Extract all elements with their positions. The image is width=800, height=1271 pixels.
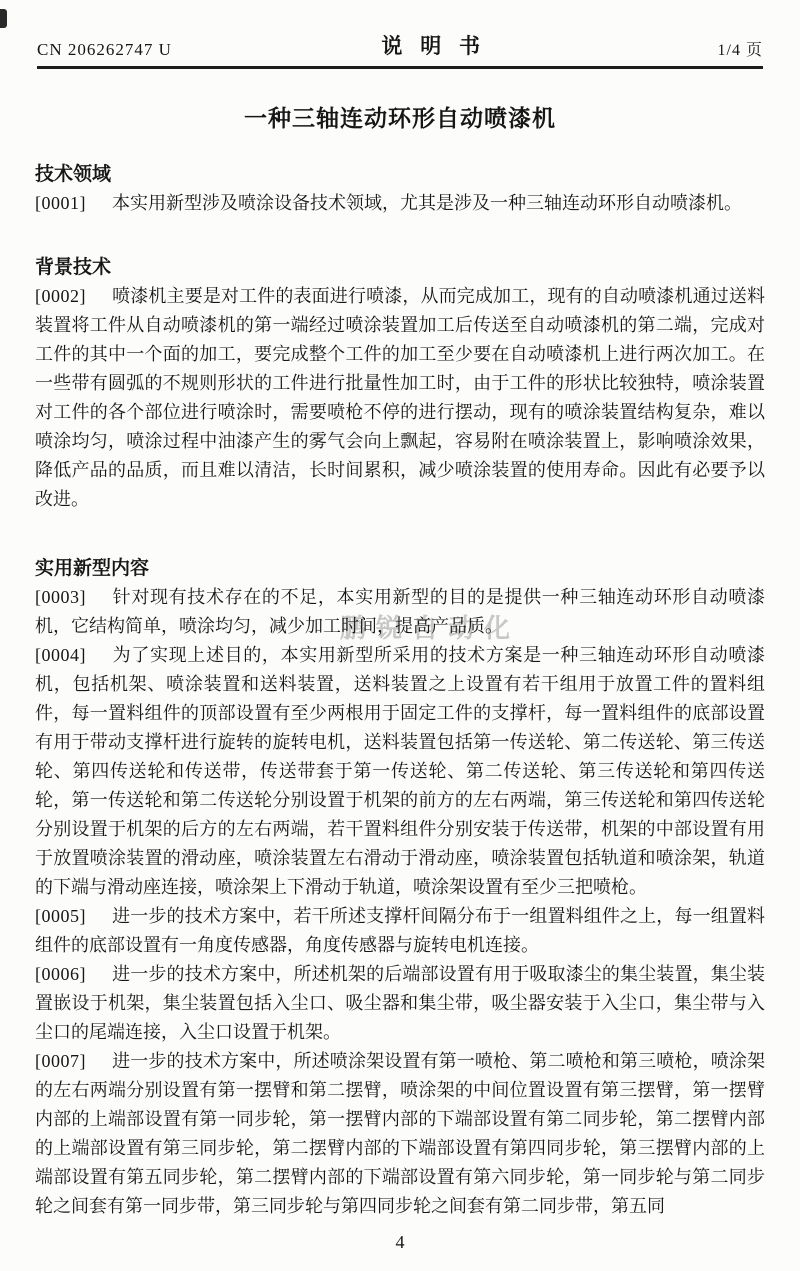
paragraph-text: 进一步的技术方案中，所述机架的后端部设置有用于吸取漆尘的集尘装置，集尘装置嵌设于… [35,964,765,1042]
paragraph-0004: [0004]为了实现上述目的，本实用新型所采用的技术方案是一种三轴连动环形自动喷… [35,641,765,902]
paragraph-text: 进一步的技术方案中，所述喷涂架设置有第一喷枪、第二喷枪和第三喷枪，喷涂架的左右两… [35,1051,765,1216]
document-body: 一种三轴连动环形自动喷漆机 技术领域 [0001]本实用新型涉及喷涂设备技术领域… [35,103,765,1221]
section-heading-technical-field: 技术领域 [35,160,765,189]
scan-smudge-artifact [0,9,7,28]
invention-title: 一种三轴连动环形自动喷漆机 [35,103,765,133]
patent-number: CN 206262747 U [37,40,172,60]
section-background-art: 背景技术 [0002]喷漆机主要是对工件的表面进行喷漆，从而完成加工，现有的自动… [35,253,765,514]
paragraph-text: 针对现有技术存在的不足，本实用新型的目的是提供一种三轴连动环形自动喷漆机，它结构… [35,587,765,636]
paragraph-tag: [0004] [35,641,86,670]
paragraph-0005: [0005]进一步的技术方案中，若干所述支撑杆间隔分布于一组置料组件之上，每一组… [35,902,765,960]
page-number: 4 [0,1232,800,1253]
paragraph-0003: [0003]针对现有技术存在的不足，本实用新型的目的是提供一种三轴连动环形自动喷… [35,583,765,641]
paragraph-text: 本实用新型涉及喷涂设备技术领域，尤其是涉及一种三轴连动环形自动喷漆机。 [112,193,742,213]
paragraph-tag: [0007] [35,1047,86,1076]
paragraph-text: 为了实现上述目的，本实用新型所采用的技术方案是一种三轴连动环形自动喷漆机，包括机… [35,645,765,897]
page-header: CN 206262747 U 说明书 1/4 页 [37,0,763,69]
section-utility-model-content: 实用新型内容 [0003]针对现有技术存在的不足，本实用新型的目的是提供一种三轴… [35,554,765,1221]
paragraph-tag: [0006] [35,960,86,989]
paragraph-0006: [0006]进一步的技术方案中，所述机架的后端部设置有用于吸取漆尘的集尘装置，集… [35,960,765,1047]
paragraph-text: 喷漆机主要是对工件的表面进行喷漆，从而完成加工，现有的自动喷漆机通过送料装置将工… [35,286,765,509]
section-heading-background-art: 背景技术 [35,253,765,282]
page-indicator: 1/4 页 [718,37,763,60]
paragraph-tag: [0001] [35,189,86,218]
paragraph-0002: [0002]喷漆机主要是对工件的表面进行喷漆，从而完成加工，现有的自动喷漆机通过… [35,282,765,514]
section-technical-field: 技术领域 [0001]本实用新型涉及喷涂设备技术领域，尤其是涉及一种三轴连动环形… [35,160,765,218]
patent-specification-page: CN 206262747 U 说明书 1/4 页 鹏锐自动化 一种三轴连动环形自… [0,0,800,1271]
paragraph-0007: [0007]进一步的技术方案中，所述喷涂架设置有第一喷枪、第二喷枪和第三喷枪，喷… [35,1047,765,1221]
document-type-title: 说明书 [364,30,498,60]
paragraph-tag: [0005] [35,902,86,931]
paragraph-tag: [0003] [35,583,86,612]
paragraph-tag: [0002] [35,282,86,311]
paragraph-text: 进一步的技术方案中，若干所述支撑杆间隔分布于一组置料组件之上，每一组置料组件的底… [35,906,765,955]
paragraph-0001: [0001]本实用新型涉及喷涂设备技术领域，尤其是涉及一种三轴连动环形自动喷漆机… [35,189,765,218]
section-heading-utility-model-content: 实用新型内容 [35,554,765,583]
